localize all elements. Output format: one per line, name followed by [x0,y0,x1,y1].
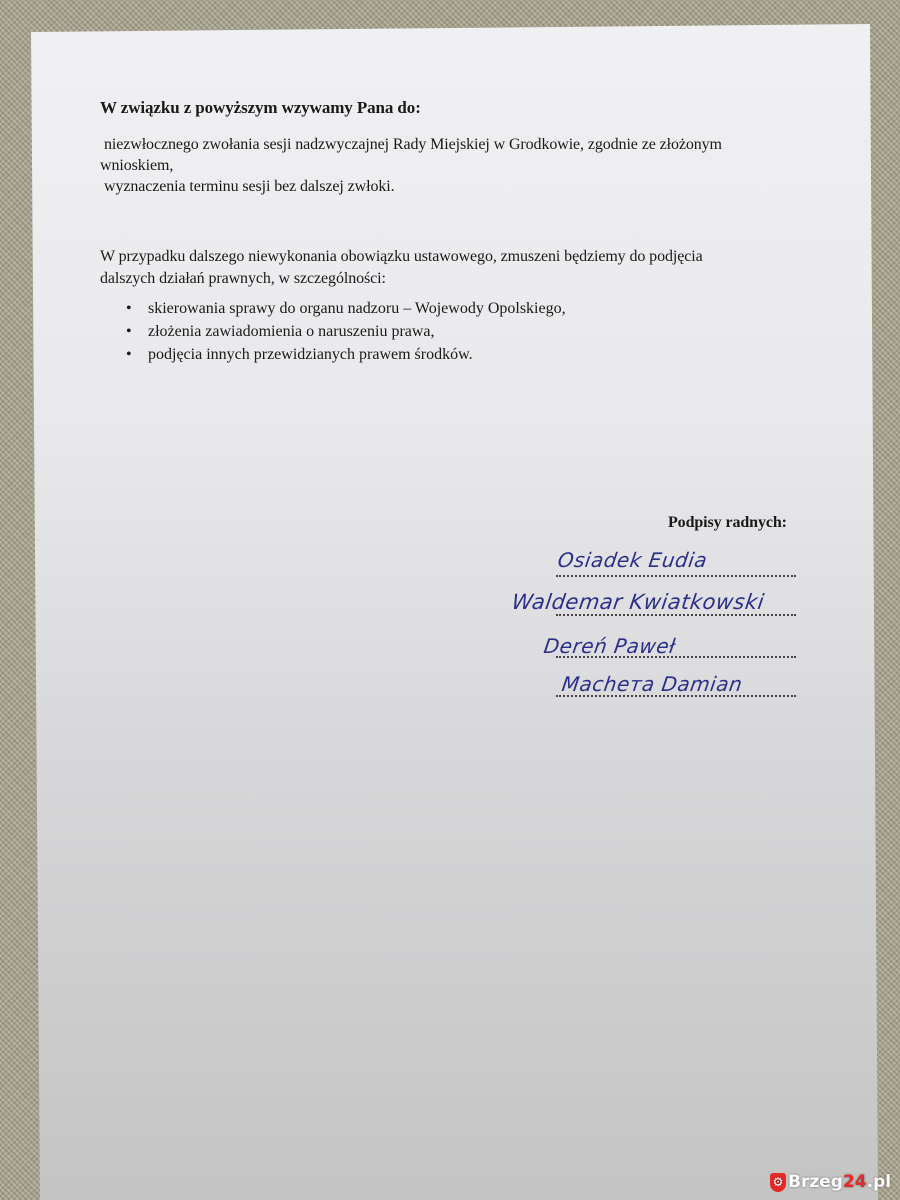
watermark-brand: Brzeg [788,1172,843,1192]
handwritten-signature: Dereń Paweł [542,634,677,658]
handwritten-signature: Waldemar Kwiatkowski [510,590,766,614]
warning-paragraph-line: W przypadku dalszego niewykonania obowią… [100,248,703,266]
signatures-title: Podpisy radnych: [668,514,787,532]
list-item: złożenia zawiadomienia o naruszeniu praw… [126,323,566,346]
shield-logo-icon: ⚙ [770,1173,786,1192]
handwritten-signature: Osiadek Eudia [556,548,709,572]
signature-dotted-line [556,695,796,697]
watermark-domain: .pl [867,1172,891,1192]
demand-line: wnioskiem, [100,157,173,175]
brzeg24-watermark: ⚙ Brzeg24.pl [770,1172,891,1192]
document-page: W związku z powyższym wzywamy Pana do: n… [0,0,900,1200]
watermark-accent: 24 [843,1172,867,1192]
signature-dotted-line [556,575,796,577]
list-item: skierowania sprawy do organu nadzoru – W… [126,300,566,323]
list-item: podjęcia innych przewidzianych prawem śr… [126,346,566,369]
demand-line: wyznaczenia terminu sesji bez dalszej zw… [104,178,395,196]
signature-dotted-line [556,656,796,658]
handwritten-signature: Machета Damian [560,672,744,696]
legal-actions-list: skierowania sprawy do organu nadzoru – W… [126,300,566,369]
summons-heading: W związku z powyższym wzywamy Pana do: [100,98,421,118]
warning-paragraph-line: dalszych działań prawnych, w szczególnoś… [100,270,386,288]
demand-line: niezwłocznego zwołania sesji nadzwyczajn… [104,136,722,154]
signature-dotted-line [556,614,796,616]
